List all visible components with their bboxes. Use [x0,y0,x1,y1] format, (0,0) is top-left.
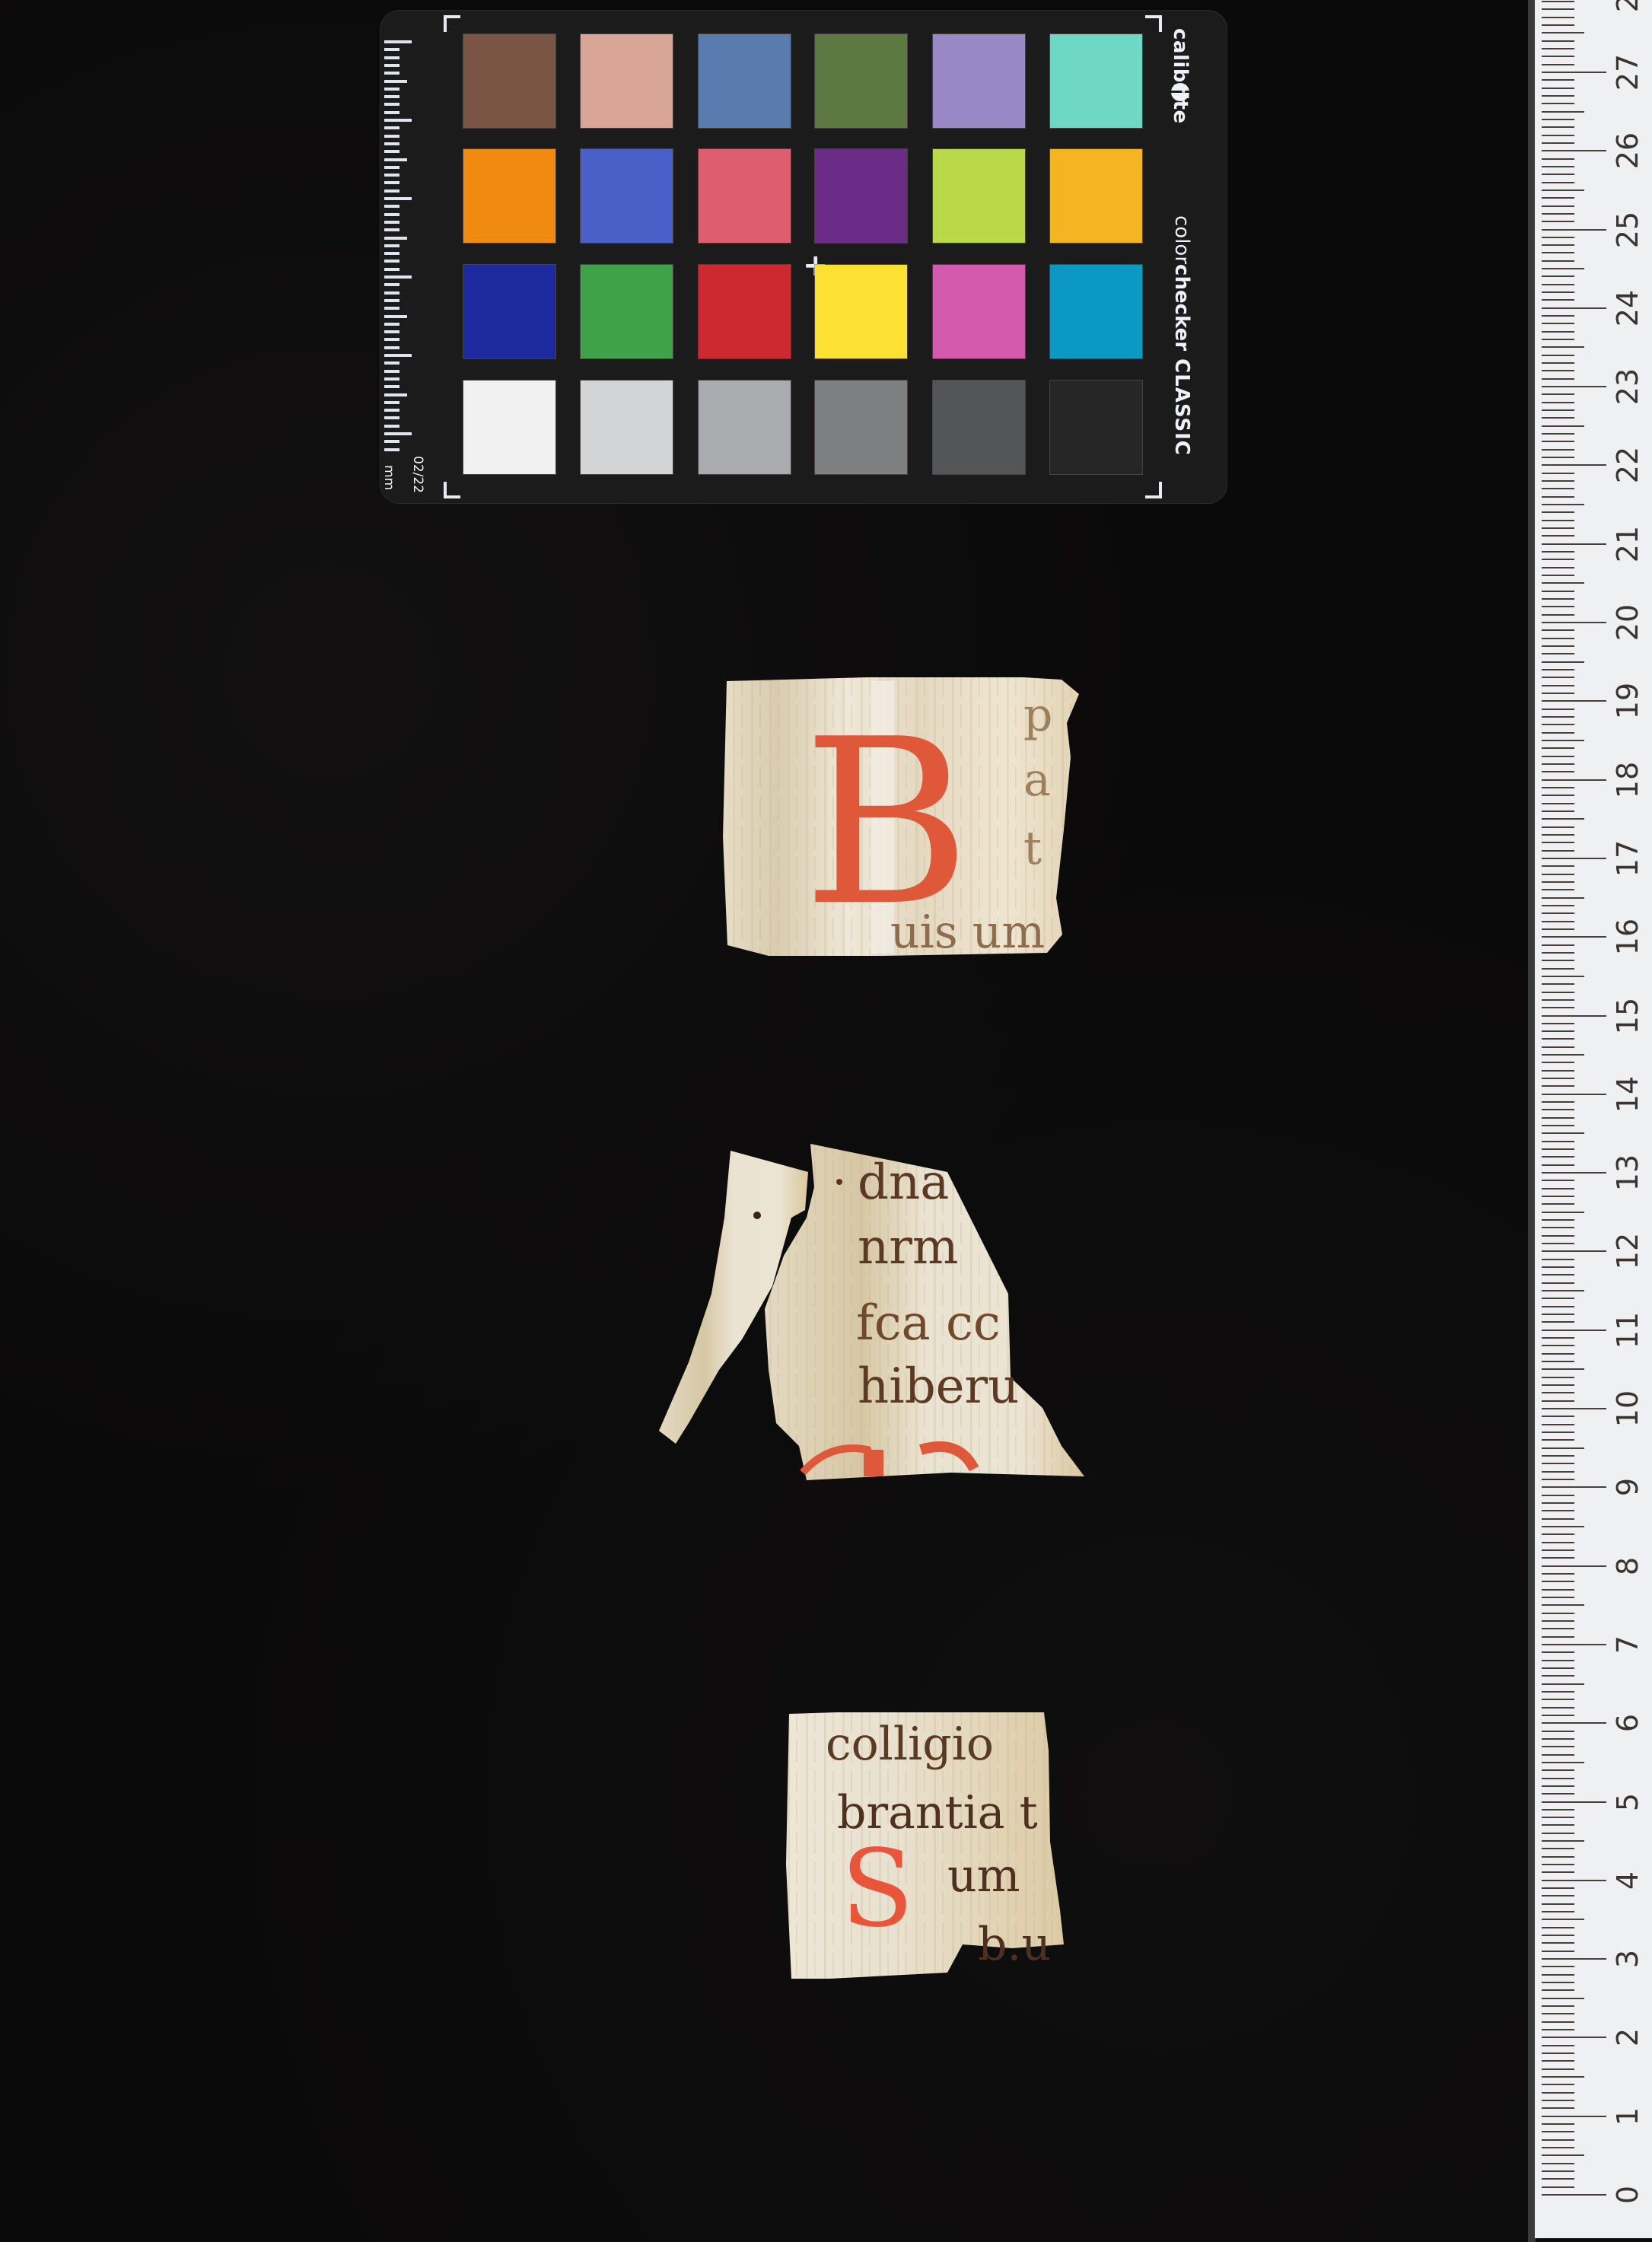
text-line: t [1023,822,1042,875]
text-line: colligio [826,1718,994,1771]
text-line: dna [858,1154,949,1211]
fragment-2: dna nrm fca cc hiberu [659,1144,1084,1480]
fragment-1: B p a t uis um [723,677,1079,959]
text-line: uis um [890,906,1045,959]
text-line: a [1023,753,1051,807]
text-line: p [1023,689,1052,742]
manuscript-fragments: B p a t uis um dna nrm fca cc hiberu col… [0,0,1652,2242]
pin-hole [836,1179,842,1185]
initial-letter: S [841,1827,914,1951]
text-line: b.u [978,1918,1051,1971]
text-line: nrm [858,1219,959,1275]
text-line: hiberu [858,1358,1019,1415]
text-line: fca cc [856,1295,1001,1352]
pin-hole [753,1212,761,1219]
text-line: um [947,1849,1020,1903]
fragment-3: colligio brantia t S um b.u [786,1712,1064,1979]
